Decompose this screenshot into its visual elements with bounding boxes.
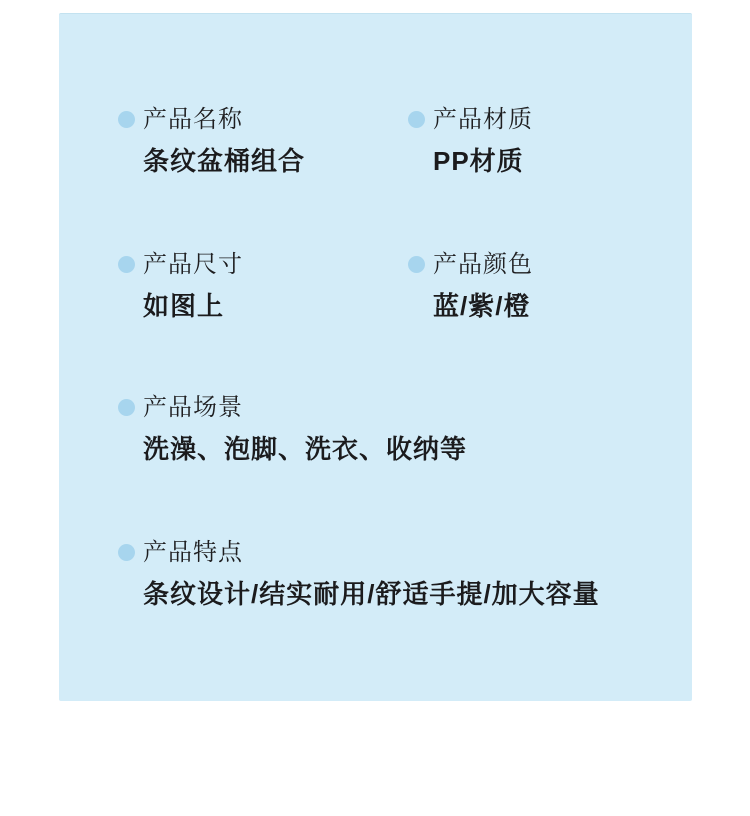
- spec-label: 产品尺寸: [143, 249, 243, 280]
- spec-header: 产品颜色: [408, 249, 533, 280]
- spec-value: PP材质: [433, 144, 533, 178]
- bullet-dot-icon: [118, 256, 135, 273]
- spec-value: 洗澡、泡脚、洗衣、收纳等: [143, 432, 467, 466]
- spec-item-product-name: 产品名称 条纹盆桶组合: [118, 104, 305, 178]
- spec-header: 产品名称: [118, 104, 305, 135]
- product-spec-panel: 产品名称 条纹盆桶组合 产品材质 PP材质 产品尺寸 如图上 产品颜色 蓝/紫/…: [59, 13, 692, 701]
- spec-header: 产品尺寸: [118, 249, 243, 280]
- spec-header: 产品特点: [118, 537, 600, 568]
- spec-label: 产品特点: [143, 537, 243, 568]
- bullet-dot-icon: [408, 111, 425, 128]
- spec-label: 产品颜色: [433, 249, 533, 280]
- bullet-dot-icon: [408, 256, 425, 273]
- spec-label: 产品名称: [143, 104, 243, 135]
- spec-header: 产品材质: [408, 104, 533, 135]
- spec-value: 蓝/紫/橙: [433, 289, 533, 323]
- spec-item-product-size: 产品尺寸 如图上: [118, 249, 243, 323]
- bullet-dot-icon: [118, 111, 135, 128]
- spec-item-product-scenario: 产品场景 洗澡、泡脚、洗衣、收纳等: [118, 392, 467, 466]
- spec-value: 如图上: [143, 289, 243, 323]
- spec-value: 条纹设计/结实耐用/舒适手提/加大容量: [143, 577, 600, 611]
- spec-label: 产品材质: [433, 104, 533, 135]
- spec-item-product-color: 产品颜色 蓝/紫/橙: [408, 249, 533, 323]
- spec-header: 产品场景: [118, 392, 467, 423]
- spec-value: 条纹盆桶组合: [143, 144, 305, 178]
- spec-item-product-material: 产品材质 PP材质: [408, 104, 533, 178]
- bullet-dot-icon: [118, 399, 135, 416]
- spec-item-product-features: 产品特点 条纹设计/结实耐用/舒适手提/加大容量: [118, 537, 600, 611]
- spec-label: 产品场景: [143, 392, 243, 423]
- bullet-dot-icon: [118, 544, 135, 561]
